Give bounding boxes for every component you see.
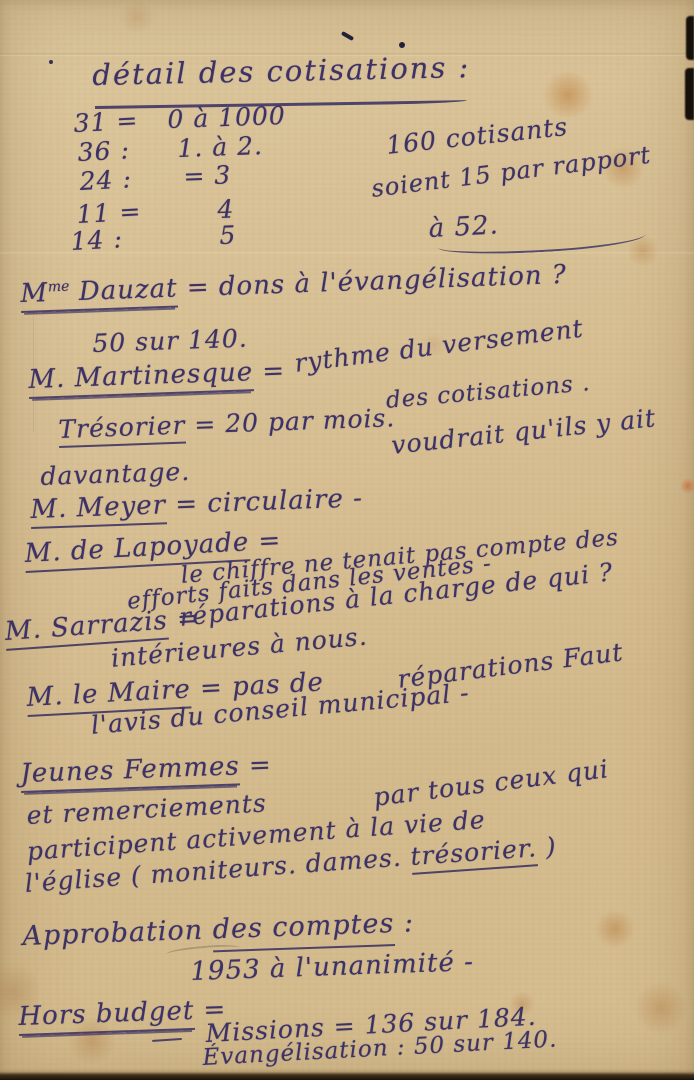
scanner-edge-mark [685,68,694,120]
cotisation-row-count: 11 = [76,198,142,229]
paper-stain [632,982,690,1034]
ink-blot-stroke [341,31,354,41]
cotisation-row-value: 5 [219,221,237,249]
entry-tresorier-name: Trésorier [58,412,186,448]
entry-tresorier: Trésorier = 20 par mois. [58,404,396,447]
cotisation-row-value: 0 à 1000 [167,102,286,134]
entry-dauzat-sub: 50 sur 140. [92,325,248,358]
manuscript-page: détail des cotisations : 31 = 0 à 1000 3… [0,0,694,1080]
entry-jeunes-femmes-name: Jeunes Femmes [20,752,240,792]
entry-martinesque-text: des cotisations . [385,371,591,414]
paper-stain [540,72,596,118]
ink-blot-dot [399,42,405,48]
cotisation-row-value: 1. à 2. [177,132,263,162]
dauzat-superscript: me [48,279,70,296]
entry-tresorier-text: davantage. [40,458,191,491]
approbation-underlined: des comptes [212,909,395,952]
ink-speck [49,60,53,64]
entry-meyer-name: M. Meyer [30,491,167,528]
cotisation-row-count: 14 : [70,225,124,255]
cotisation-row-count: 24 : [79,165,133,195]
margin-note-line: 160 cotisants [385,113,569,159]
entry-dauzat: Mme Dauzat = dons à l'évangélisation ? [20,261,567,313]
paper-stain [116,2,158,32]
entry-jeunes-femmes-text: par tous ceux qui [372,755,610,811]
section-hors-budget: Hors budget = [18,996,227,1036]
tresorier-underlined-word: trésorier. [410,834,538,874]
paper-stain [594,910,636,948]
hors-budget-name: Hors budget [18,997,195,1036]
entry-tresorier-text: voudrait qu'ils y ait [390,404,657,459]
scanner-edge-mark [686,16,694,60]
entry-jeunes-femmes: Jeunes Femmes = [20,751,272,792]
cotisation-row-count: 31 = [73,107,139,138]
entry-martinesque-text: rythme du versement [293,315,585,378]
page-bottom-shadow [0,1069,694,1080]
cotisation-row-count: 36 : [77,136,131,166]
entry-martinesque: M. Martinesque = [28,357,286,399]
cotisation-row-value: 4 [217,195,235,223]
entry-dauzat-name: Mme Dauzat [20,275,178,313]
entry-dauzat-text: = dons à l'évangélisation ? [177,260,567,304]
margin-note-line: à 52. [428,211,500,243]
entry-martinesque-name: M. Martinesque [28,358,254,398]
entry-meyer: M. Meyer = circulaire - [30,484,364,528]
page-title: détail des cotisations : [92,52,471,92]
paper-stain [680,478,694,494]
hors-budget-dash [152,1038,182,1042]
approbation-text: 1953 à l'unanimité - [190,948,474,986]
cotisation-row-value: = 3 [183,161,232,190]
